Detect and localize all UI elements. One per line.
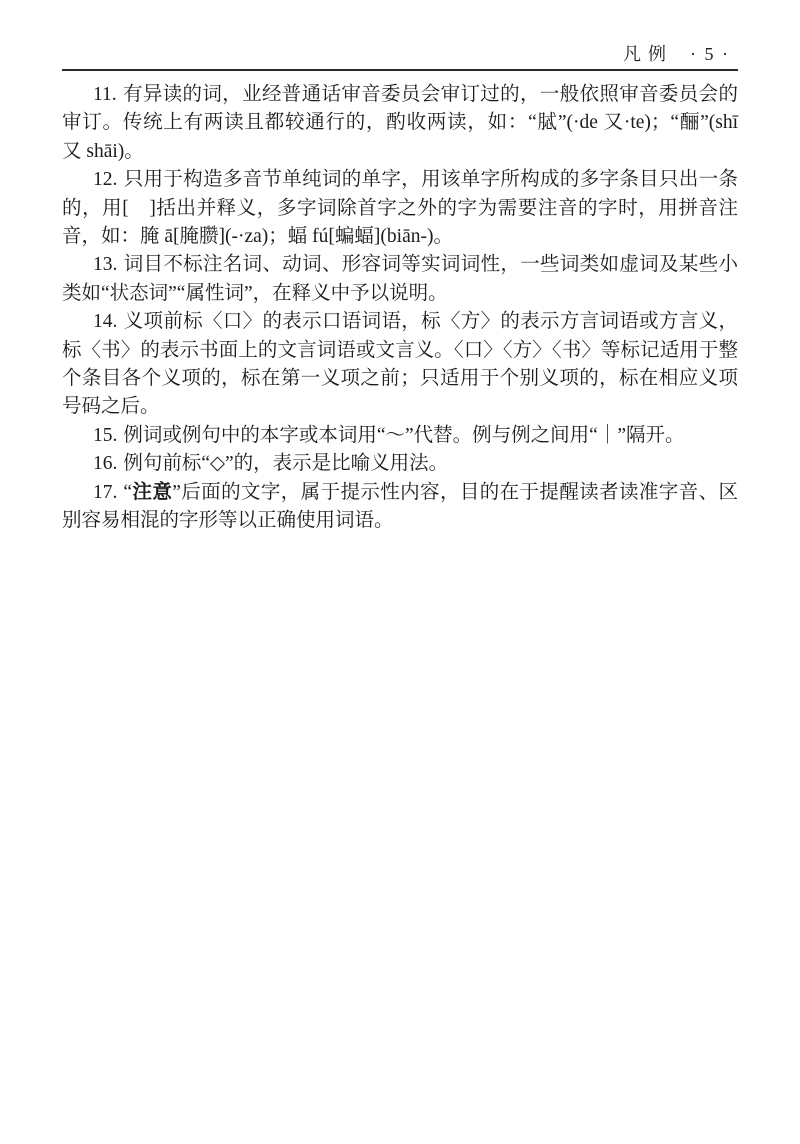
- note-text: 有异读的词，业经普通话审音委员会审订过的，一般依照审音委员会的审订。传统上有两读…: [62, 84, 738, 162]
- section-title: 凡例: [623, 44, 673, 64]
- note-number: 12.: [93, 169, 117, 190]
- note-item-17: 17.“注意”后面的文字，属于提示性内容，目的在于提醒读者读准字音、区别容易相混…: [62, 479, 738, 536]
- note-item-14: 14.义项前标〈口〉的表示口语词语，标〈方〉的表示方言词语或方言义，标〈书〉的表…: [62, 308, 738, 422]
- note-number: 11.: [93, 84, 117, 105]
- note-text: 例句前标“◇”的，表示是比喻义用法。: [123, 453, 448, 474]
- note-item-15: 15.例词或例句中的本字或本词用“～”代替。例与例之间用“｜”隔开。: [62, 422, 738, 450]
- page-number: · 5 ·: [690, 44, 730, 64]
- page-content: 凡例 · 5 · 11.有异读的词，业经普通话审音委员会审订过的，一般依照审音委…: [62, 44, 738, 536]
- note-text: 只用于构造多音节单纯词的单字，用该单字所构成的多字条目只出一条的，用[ ]括出并…: [62, 169, 738, 247]
- note-item-16: 16.例句前标“◇”的，表示是比喻义用法。: [62, 450, 738, 478]
- note-item-11: 11.有异读的词，业经普通话审音委员会审订过的，一般依照审音委员会的审订。传统上…: [62, 81, 738, 166]
- note-item-12: 12.只用于构造多音节单纯词的单字，用该单字所构成的多字条目只出一条的，用[ ]…: [62, 166, 738, 251]
- book-page: 凡例 · 5 · 11.有异读的词，业经普通话审音委员会审订过的，一般依照审音委…: [0, 0, 800, 1144]
- note-number: 14.: [93, 311, 117, 332]
- note-text: 义项前标〈口〉的表示口语词语，标〈方〉的表示方言词语或方言义，标〈书〉的表示书面…: [62, 311, 738, 417]
- note-number: 15.: [93, 425, 117, 446]
- notice-term: 注意: [132, 482, 172, 503]
- note-text: “: [123, 482, 132, 503]
- note-text: 词目不标注名词、动词、形容词等实词词性，一些词类如虚词及某些小类如“状态词”“属…: [62, 254, 738, 303]
- note-item-13: 13.词目不标注名词、动词、形容词等实词词性，一些词类如虚词及某些小类如“状态词…: [62, 251, 738, 308]
- note-number: 17.: [93, 482, 117, 503]
- note-number: 13.: [93, 254, 117, 275]
- note-number: 16.: [93, 453, 117, 474]
- notes-list: 11.有异读的词，业经普通话审音委员会审订过的，一般依照审音委员会的审订。传统上…: [62, 81, 738, 536]
- header-rule: [62, 69, 738, 71]
- note-text: 例词或例句中的本字或本词用“～”代替。例与例之间用“｜”隔开。: [123, 425, 684, 446]
- running-head: 凡例 · 5 ·: [62, 44, 738, 69]
